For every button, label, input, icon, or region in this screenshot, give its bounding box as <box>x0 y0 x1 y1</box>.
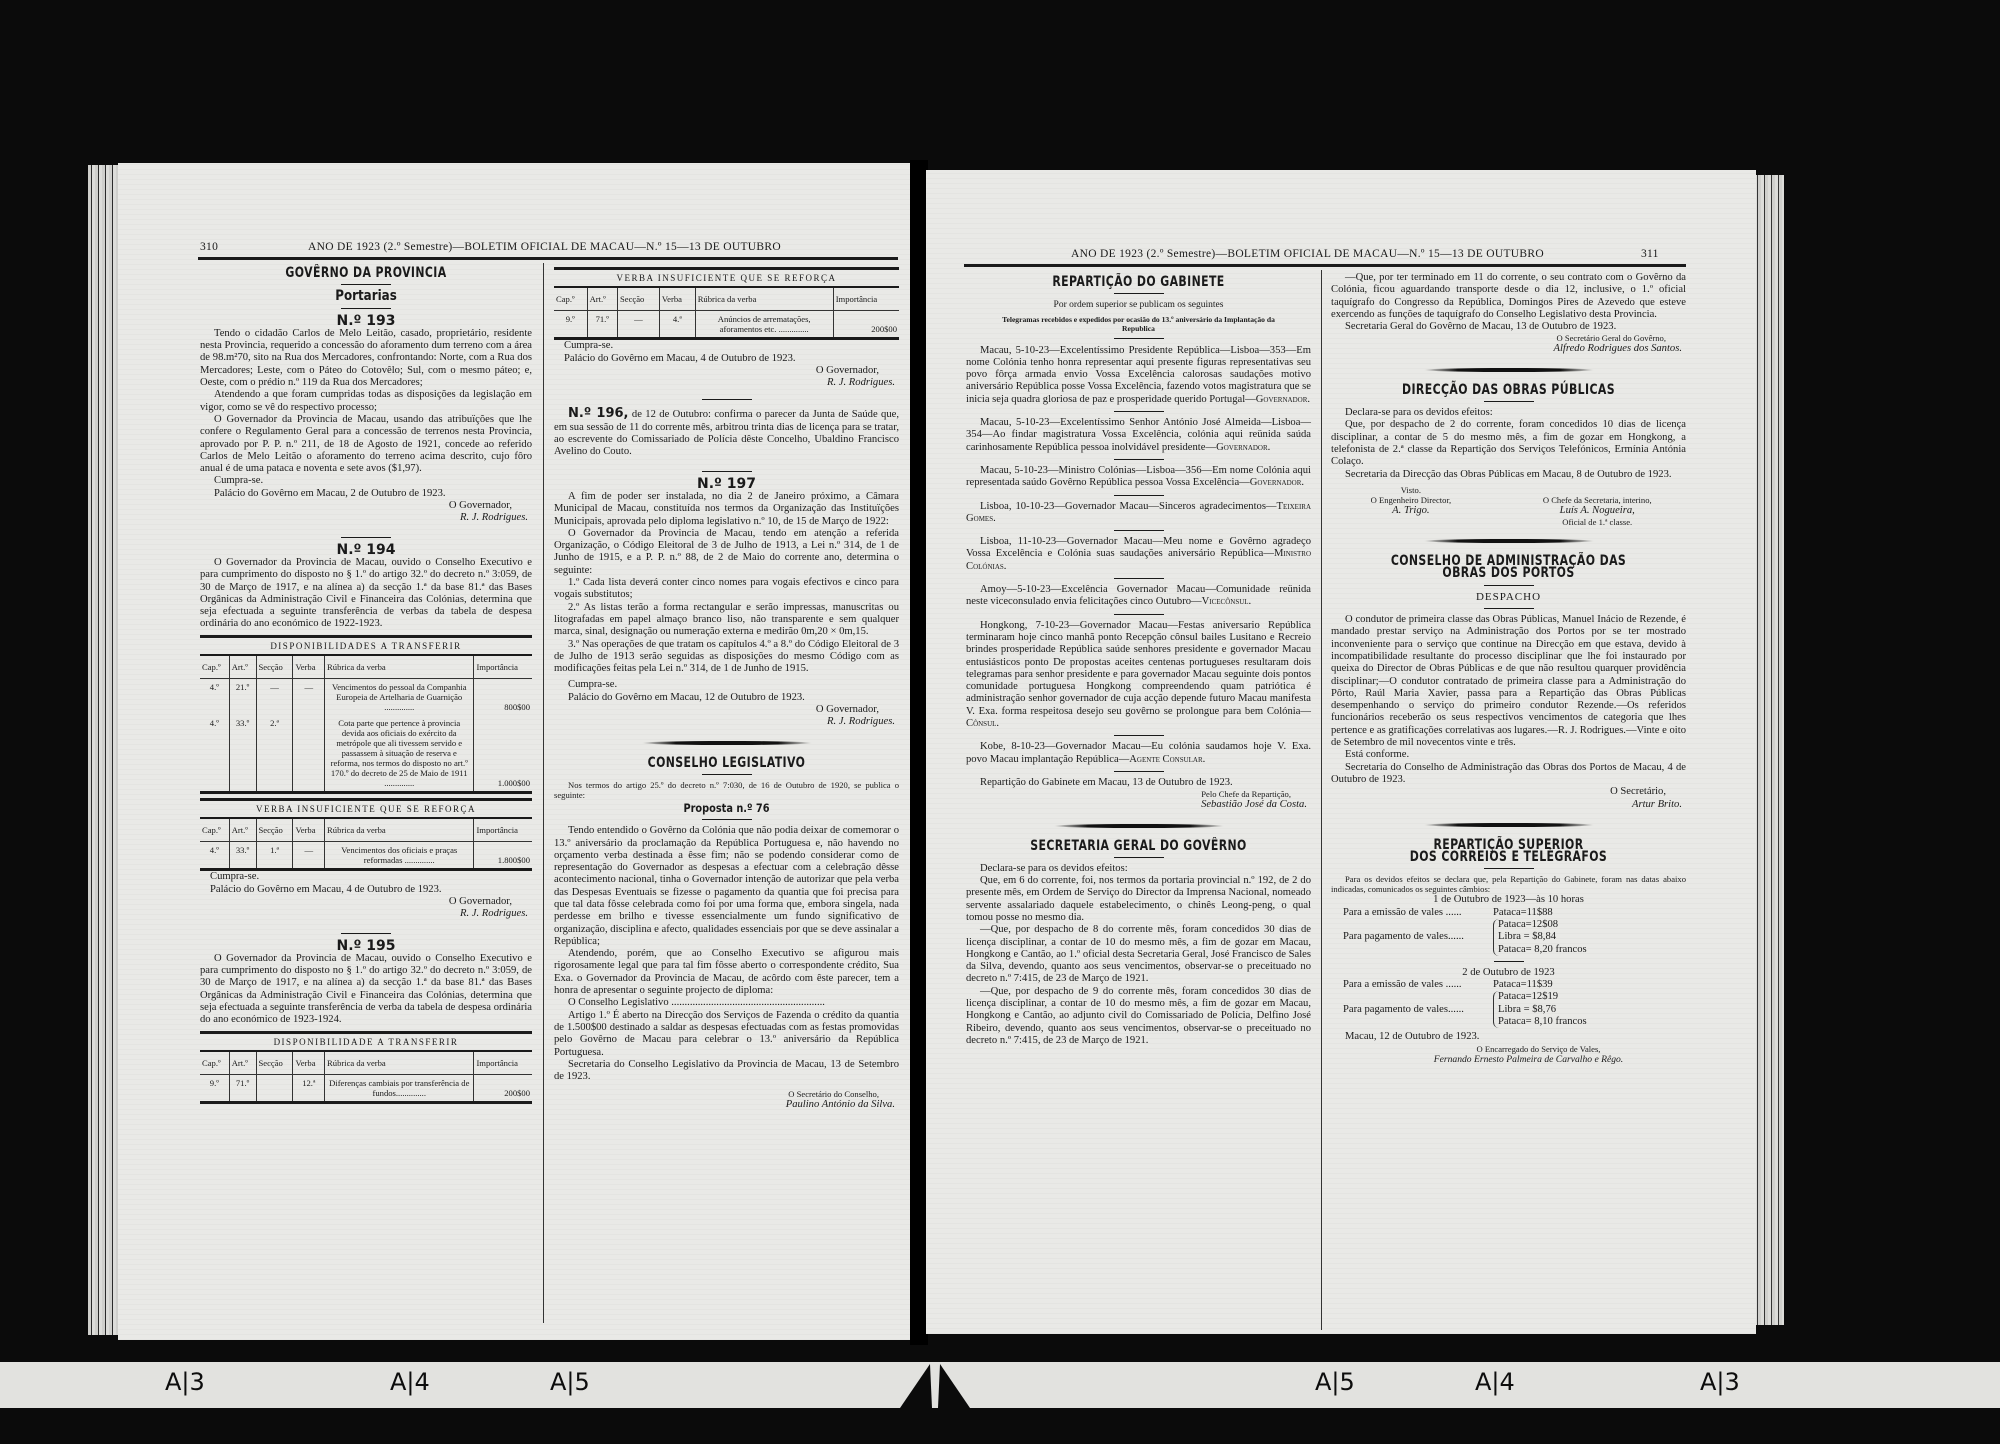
telegram: Macau, 5-10-23—Excelentíssimo Presidente… <box>966 345 1311 406</box>
signature-name: Alfredo Rodrigues dos Santos. <box>1331 343 1686 355</box>
exchange-values: Pataca=12$19 Libra = $8,76 Pataca= 8,10 … <box>1493 991 1587 1028</box>
divider <box>1484 868 1534 869</box>
telegram-signer: Governador. <box>1216 442 1270 453</box>
paragraph: A fim de poder ser instalada, no dia 2 d… <box>554 491 899 528</box>
table-title: VERBA INSUFICIENTE QUE SE REFORÇA <box>200 798 532 819</box>
portaria-number: N.º 193 <box>200 315 532 327</box>
portaria-196: N.º 196, de 12 de Outubro: confirma o pa… <box>554 408 899 458</box>
divider <box>1484 401 1534 402</box>
col-header: Cap.º <box>554 288 587 311</box>
frame-marker: A|3 <box>1700 1368 1740 1396</box>
table-title: DISPONIBILIDADES A TRANSFERIR <box>200 635 532 656</box>
signature-title: O Encarregado do Serviço de Vales, <box>1331 1044 1686 1054</box>
frame-marker: A|5 <box>1315 1368 1355 1396</box>
table-row: 9.º 71.º 12.ª Diferenças cambiais por tr… <box>200 1074 532 1102</box>
divider <box>1114 614 1164 615</box>
paragraph: —Que, por despacho de 9 do corrente mês,… <box>966 986 1311 1047</box>
telegram: Hongkong, 7-10-23—Governador Macau—Festa… <box>966 620 1311 731</box>
exchange-row: Para a emissão de vales ...... Pataca=11… <box>1331 907 1686 919</box>
place-date: Palácio do Govêrno em Macau, 12 de Outub… <box>554 692 899 704</box>
paragraph: Que, por despacho de 2 do corrente, fora… <box>1331 419 1686 468</box>
signature-name: Paulino António da Silva. <box>554 1099 899 1111</box>
table-row: 4.º 33.º 2.ª Cota parte que pertence à p… <box>200 715 532 793</box>
cumpra-se: Cumpra-se. <box>554 679 899 691</box>
portaria-number: N.º 195 <box>200 940 532 952</box>
signature-title: O Chefe da Secretaria, interino, <box>1509 495 1687 505</box>
paragraph: 1.º Cada lista deverá conter cinco nomes… <box>554 577 899 602</box>
signature-name: R. J. Rodrigues. <box>554 716 899 728</box>
telegram-signer: Cônsul. <box>966 718 999 729</box>
frame-marker: A|5 <box>550 1368 590 1396</box>
section-title: GOVÊRNO DA PROVINCIA <box>237 267 496 279</box>
intro: Para os devidos efeitos se declara que, … <box>1331 874 1686 894</box>
signature-name: Artur Brito. <box>1331 799 1686 811</box>
right-page-edges <box>1754 175 1784 1325</box>
exchange-date-heading: 2 de Outubro de 1923 <box>1331 967 1686 979</box>
paragraph: Secretaria do Conselho de Administração … <box>1331 762 1686 787</box>
col-header: Rúbrica da verba <box>325 819 474 842</box>
divider <box>341 308 391 309</box>
telegram-signer: Vicecônsul. <box>1202 596 1252 607</box>
telegram-signer: Governador. <box>1250 477 1304 488</box>
paragraph: O Governador da Provincia de Macau, tend… <box>554 528 899 577</box>
signature-title: O Governador, <box>554 365 899 377</box>
signature-title: O Secretário Geral do Govêrno, <box>1331 333 1686 343</box>
divider <box>1114 411 1164 412</box>
col-header: Rúbrica da verba <box>695 288 833 311</box>
section-title: REPARTIÇÃO DO GABINETE <box>1004 276 1273 288</box>
ornament-divider <box>1424 368 1594 372</box>
header-rule <box>964 264 1686 267</box>
page-number: 310 <box>200 241 218 253</box>
frame-marker: A|4 <box>1475 1368 1515 1396</box>
signature-name: R. J. Rodrigues. <box>554 377 899 389</box>
paragraph: O Governador da Provincia de Macau, usan… <box>200 414 532 475</box>
divider <box>1484 585 1534 586</box>
telegram: Macau, 5-10-23—Excelentíssimo Senhor Ant… <box>966 417 1311 454</box>
transfer-table: Cap.º Art.º Secção Verba Rúbrica da verb… <box>200 1052 532 1104</box>
divider <box>702 471 752 472</box>
exchange-row: Para a emissão de vales ...... Pataca=11… <box>1331 979 1686 991</box>
section-title: SECRETARIA GERAL DO GOVÊRNO <box>1004 840 1273 852</box>
col-header: Secção <box>617 288 659 311</box>
divider <box>1114 495 1164 496</box>
ornament-divider <box>1424 823 1594 827</box>
signature-title: O Secretário do Conselho, <box>554 1089 899 1099</box>
table-row: 4.º 21.º — — Vencimentos do pessoal da C… <box>200 679 532 716</box>
left-page: 310 ANO DE 1923 (2.º Semestre)—BOLETIM O… <box>118 163 913 1340</box>
paragraph: O Governador da Provincia de Macau, ouvi… <box>200 953 532 1027</box>
signature-title: O Governador, <box>200 896 532 908</box>
section-title-line-2: DOS CORREIOS E TELÉGRAFOS <box>1370 851 1647 863</box>
exchange-row: Para pagamento de vales...... Pataca=12$… <box>1331 991 1686 1028</box>
paragraph: Tendo entendido o Govêrno da Colónia que… <box>554 825 899 948</box>
running-head: ANO DE 1923 (2.º Semestre)—BOLETIM OFICI… <box>308 241 781 253</box>
running-head: ANO DE 1923 (2.º Semestre)—BOLETIM OFICI… <box>1071 248 1544 260</box>
col-header: Importância <box>833 288 899 311</box>
table-row: 9.º 71.º — 4.ª Anúncios de arrematações,… <box>554 311 899 339</box>
divider <box>341 284 391 285</box>
telegram-signer: Agente Consular. <box>1129 754 1205 765</box>
frame-marker: A|4 <box>390 1368 430 1396</box>
col-header: Cap.º <box>200 819 229 842</box>
paragraph: O Conselho Legislativo .................… <box>554 997 899 1009</box>
paragraph: Atendendo, porém, que ao Conselho Execut… <box>554 948 899 997</box>
exchange-values: Pataca=12$08 Libra = $8,84 Pataca= 8,20 … <box>1493 919 1587 956</box>
right-column-2: —Que, por ter terminado em 11 do corrent… <box>1331 272 1686 1066</box>
portaria-number: N.º 197 <box>554 478 899 490</box>
right-signature: O Chefe da Secretaria, interino, Luís A.… <box>1509 485 1687 527</box>
divider <box>1114 293 1164 294</box>
divider <box>1484 608 1534 609</box>
page-number: 311 <box>1641 248 1659 260</box>
signature-block: Visto. O Engenheiro Director, A. Trigo. … <box>1331 485 1686 527</box>
signature-name: Sebastião José da Costa. <box>966 799 1311 811</box>
col-header: Secção <box>256 656 293 679</box>
divider <box>1114 459 1164 460</box>
paragraph: Artigo 1.º É aberto na Direcção dos Serv… <box>554 1010 899 1059</box>
section-title-line-2: OBRAS DOS PORTOS <box>1370 567 1647 579</box>
table-title: VERBA INSUFICIENTE QUE SE REFORÇA <box>554 267 899 288</box>
paragraph: Secretaria da Direcção das Obras Pública… <box>1331 469 1686 481</box>
divider <box>702 819 752 820</box>
cumpra-se: Cumpra-se. <box>200 475 532 487</box>
reinforce-table: Cap.º Art.º Secção Verba Rúbrica da verb… <box>554 288 899 340</box>
col-header: Art.º <box>229 819 256 842</box>
subsection-title: Portarias <box>225 290 507 302</box>
frame-marker: A|3 <box>165 1368 205 1396</box>
ornament-divider <box>1054 824 1224 828</box>
paragraph: Secretaria do Conselho Legislativo da Pr… <box>554 1059 899 1084</box>
place-date: Secretaria Geral do Govêrno de Macau, 13… <box>1331 321 1686 333</box>
left-page-edges <box>88 165 122 1335</box>
paragraph: Está conforme. <box>1331 749 1686 761</box>
exchange-date-heading: 1 de Outubro de 1923—às 10 horas <box>1331 894 1686 906</box>
col-header: Verba <box>293 656 325 679</box>
col-header: Secção <box>256 819 293 842</box>
paragraph: Que, em 6 do corrente, foi, nos termos d… <box>966 875 1311 924</box>
place-date: Macau, 12 de Outubro de 1923. <box>1331 1031 1686 1043</box>
divider <box>1114 338 1164 339</box>
exchange-row: Para pagamento de vales...... Pataca=12$… <box>1331 919 1686 956</box>
table-title: DISPONIBILIDADE A TRANSFERIR <box>200 1031 532 1052</box>
left-column-2: VERBA INSUFICIENTE QUE SE REFORÇA Cap.º … <box>554 267 899 1112</box>
right-column-1: REPARTIÇÃO DO GABINETE Por ordem superio… <box>966 272 1311 1047</box>
despacho-label: DESPACHO <box>1331 591 1686 603</box>
divider <box>1114 771 1164 772</box>
subtitle: Telegramas recebidos e expedidos por oca… <box>996 315 1281 333</box>
place-date: Palácio do Govêrno em Macau, 4 de Outubr… <box>200 884 532 896</box>
proposta-title: Proposta n.º 76 <box>580 802 873 814</box>
ornament-divider <box>642 741 812 745</box>
paragraph: O condutor de primeira classe das Obras … <box>1331 614 1686 749</box>
col-header: Importância <box>474 1052 532 1075</box>
signature-name: Luís A. Nogueira, <box>1509 505 1687 517</box>
telegram: Amoy—5-10-23—Excelência Governador Macau… <box>966 584 1311 609</box>
intro: Por ordem superior se publicam os seguin… <box>966 299 1311 311</box>
paragraph: Declara-se para os devidos efeitos: <box>966 863 1311 875</box>
left-column-1: GOVÊRNO DA PROVINCIA Portarias N.º 193 T… <box>200 263 532 1104</box>
section-title: DIRECÇÃO DAS OBRAS PÚBLICAS <box>1370 384 1647 396</box>
col-header: Importância <box>474 656 532 679</box>
signature-name: R. J. Rodrigues. <box>200 908 532 920</box>
paragraph: —Que, por despacho de 8 do corrente mês,… <box>966 924 1311 985</box>
paragraph: Declara-se para os devidos efeitos: <box>1331 407 1686 419</box>
place-date: Palácio do Govêrno em Macau, 4 de Outubr… <box>554 353 899 365</box>
col-header: Art.º <box>229 1052 256 1075</box>
cumpra-se: Cumpra-se. <box>200 871 532 883</box>
col-header: Importância <box>474 819 532 842</box>
signature-name: A. Trigo. <box>1331 505 1491 517</box>
signature-name: Fernando Ernesto Palmeira de Carvalho e … <box>1331 1054 1686 1066</box>
signature-title: O Secretário, <box>1331 786 1686 798</box>
col-header: Art.º <box>587 288 617 311</box>
divider <box>702 399 752 400</box>
paragraph: Atendendo a que foram cumpridas todas as… <box>200 389 532 414</box>
portaria-number: N.º 194 <box>200 544 532 556</box>
paragraph: Tendo o cidadão Carlos de Melo Leitão, c… <box>200 328 532 389</box>
signature-name: R. J. Rodrigues. <box>200 512 532 524</box>
header-rule <box>198 257 898 260</box>
ornament-divider <box>1424 539 1594 543</box>
visto-label: Visto. <box>1331 485 1491 495</box>
divider <box>1114 857 1164 858</box>
place-date: Repartição do Gabinete em Macau, 13 de O… <box>966 777 1311 789</box>
fold-notch-icon <box>900 1362 970 1412</box>
divider <box>702 774 752 775</box>
telegram: Lisboa, 11-10-23—Governador Macau—Meu no… <box>966 536 1311 573</box>
col-header: Rúbrica da verba <box>325 1052 474 1075</box>
column-divider <box>1321 270 1322 1330</box>
divider <box>1114 735 1164 736</box>
divider <box>341 537 391 538</box>
right-page: ANO DE 1923 (2.º Semestre)—BOLETIM OFICI… <box>926 170 1756 1334</box>
col-header: Verba <box>293 819 325 842</box>
paragraph: 3.º Nas operações de que tratam os capít… <box>554 639 899 676</box>
paragraph: O Governador da Provincia de Macau, ouvi… <box>200 557 532 631</box>
signature-rank: Oficial de 1.ª classe. <box>1509 517 1687 527</box>
transfer-table: Cap.º Art.º Secção Verba Rúbrica da verb… <box>200 656 532 794</box>
col-header: Rúbrica da verba <box>325 656 474 679</box>
col-header: Verba <box>659 288 695 311</box>
col-header: Secção <box>256 1052 293 1075</box>
column-divider <box>543 263 544 1323</box>
signature-title: Pelo Chefe da Repartição, <box>966 789 1311 799</box>
reinforce-table: Cap.º Art.º Secção Verba Rúbrica da verb… <box>200 819 532 871</box>
telegram: Macau, 5-10-23—Ministro Colónias—Lisboa—… <box>966 465 1311 490</box>
cumpra-se: Cumpra-se. <box>554 340 899 352</box>
left-signature: Visto. O Engenheiro Director, A. Trigo. <box>1331 485 1491 527</box>
divider <box>341 933 391 934</box>
intro: Nos termos do artigo 25.º do decreto n.º… <box>554 780 899 800</box>
telegram: Kobe, 8-10-23—Governador Macau—Eu colóni… <box>966 741 1311 766</box>
col-header: Art.º <box>229 656 256 679</box>
divider <box>1114 578 1164 579</box>
signature-title: O Governador, <box>554 704 899 716</box>
paragraph: —Que, por ter terminado em 11 do corrent… <box>1331 272 1686 321</box>
telegram-signer: Governador. <box>1256 394 1310 405</box>
paragraph: 2.º As listas terão a forma rectangular … <box>554 602 899 639</box>
telegram: Lisboa, 10-10-23—Governador Macau—Sincer… <box>966 501 1311 526</box>
divider <box>1494 961 1524 962</box>
table-row: 4.º 33.º 1.ª — Vencimentos dos oficiais … <box>200 842 532 870</box>
divider <box>1114 530 1164 531</box>
signature-title: O Governador, <box>200 500 532 512</box>
place-date: Palácio do Govêrno em Macau, 2 de Outubr… <box>200 488 532 500</box>
col-header: Cap.º <box>200 1052 229 1075</box>
signature-title: O Engenheiro Director, <box>1331 495 1491 505</box>
col-header: Cap.º <box>200 656 229 679</box>
section-title: CONSELHO LEGISLATIVO <box>592 757 861 769</box>
portaria-number: N.º 196, <box>568 406 629 421</box>
col-header: Verba <box>293 1052 325 1075</box>
